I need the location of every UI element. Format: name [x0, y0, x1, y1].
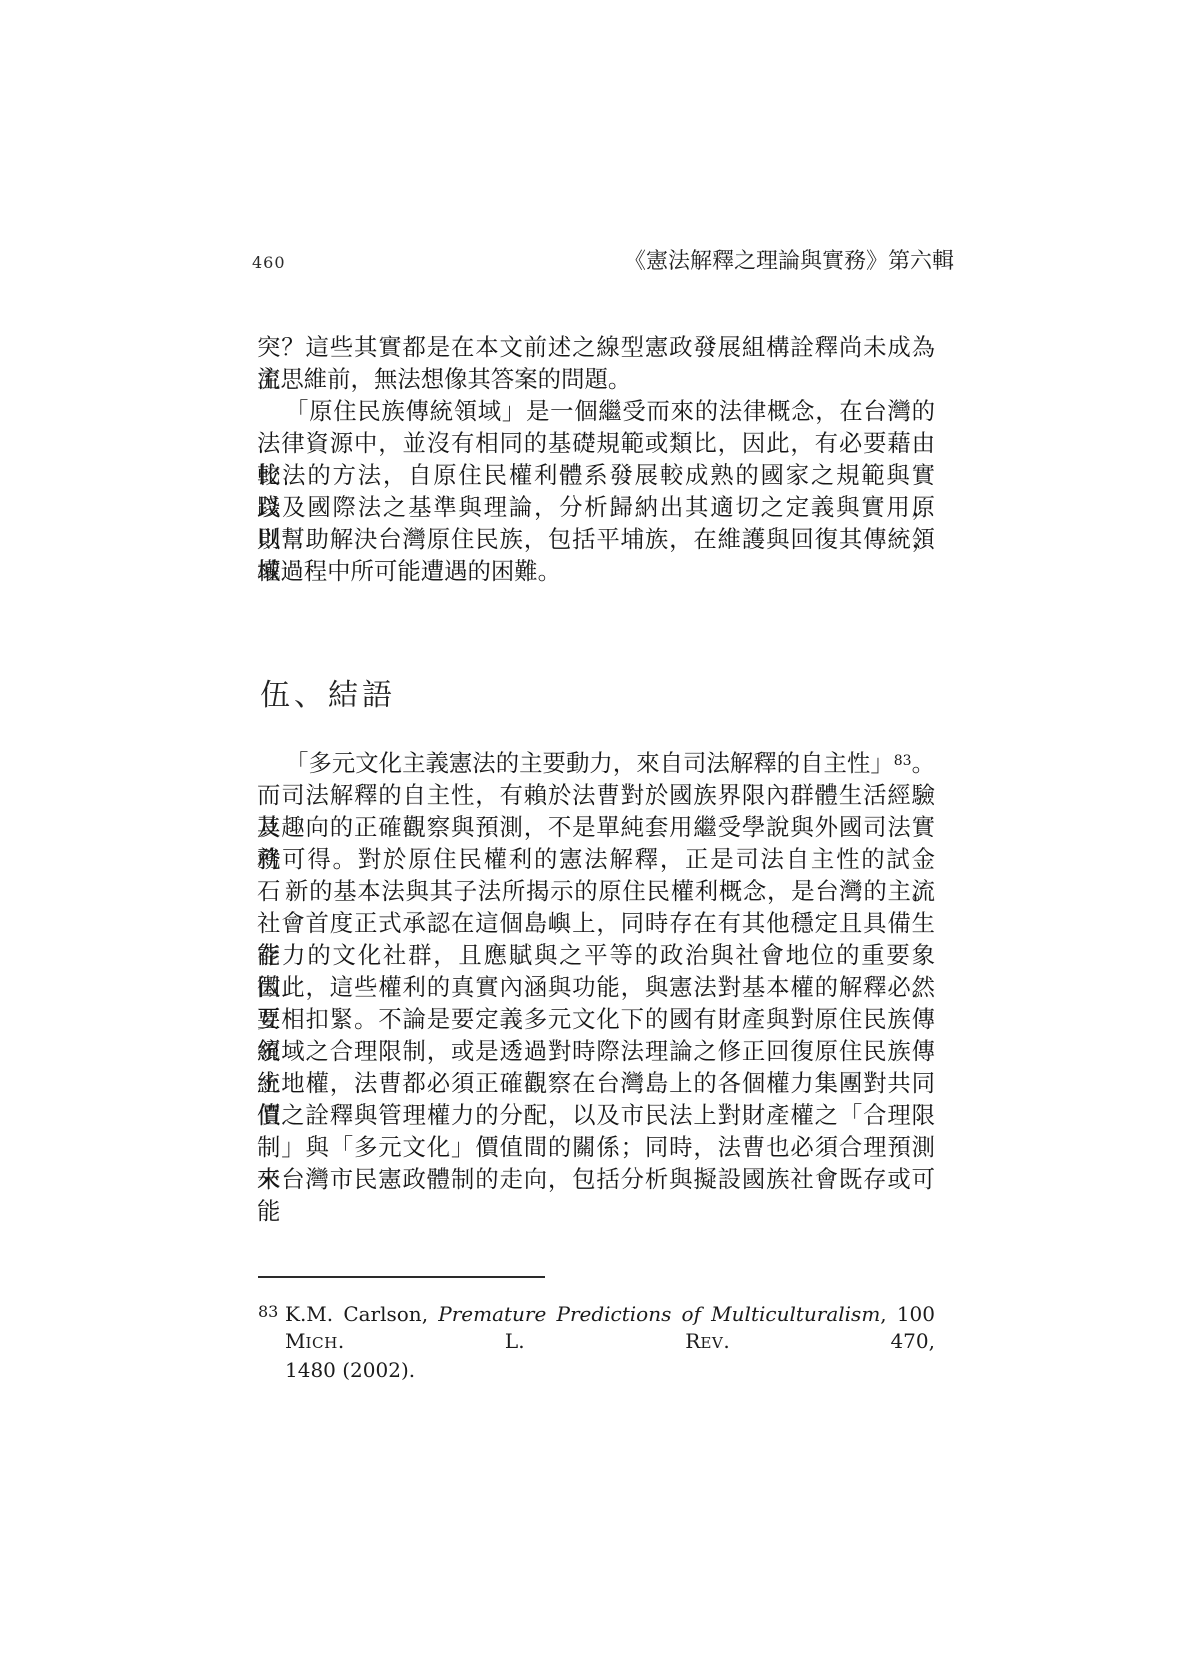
citation-text: , 100 — [880, 1302, 935, 1326]
text-line: 流思維前，無法想像其答案的問題。 — [257, 363, 935, 395]
text-line: 制」與「多元文化」價值間的關係；同時，法曹也必須合理預測未 — [257, 1131, 935, 1163]
text-line: 能力的文化社群，且應賦與之平等的政治與社會地位的重要象徵。 — [257, 939, 935, 971]
text-line: 突？這些其實都是在本文前述之線型憲政發展組構詮釋尚未成為主 — [257, 331, 935, 363]
text-line: 法律資源中，並沒有相同的基礎規範或類比，因此，有必要藉由比 — [257, 427, 935, 459]
text-line: 值之詮釋與管理權力的分配，以及市民法上對財產權之「合理限 — [257, 1099, 935, 1131]
paragraph: 突？這些其實都是在本文前述之線型憲政發展組構詮釋尚未成為主流思維前，無法想像其答… — [257, 331, 935, 395]
footnote-number: 83 — [258, 1298, 278, 1325]
citation-text: ICH — [305, 1334, 337, 1352]
text-line: 土地權，法曹都必須正確觀察在台灣島上的各個權力集團對共同價 — [257, 1067, 935, 1099]
text-line: 就可得。對於原住民權利的憲法解釋，正是司法自主性的試金石。 — [257, 843, 935, 875]
paragraph: 「多元文化主義憲法的主要動力，來自司法解釋的自主性」83。而司法解釋的自主性，有… — [257, 747, 935, 875]
body-text-block-1: 突？這些其實都是在本文前述之線型憲政發展組構詮釋尚未成為主流思維前，無法想像其答… — [257, 331, 935, 587]
text-line: 其趣向的正確觀察與預測，不是單純套用繼受學說與外國司法實務 — [257, 811, 935, 843]
text-line: 以幫助解決台灣原住民族，包括平埔族，在維護與回復其傳統領域 — [257, 523, 935, 555]
text-line: 以及國際法之基準與理論，分析歸納出其適切之定義與實用原則， — [257, 491, 935, 523]
text-line: 領域之合理限制，或是透過對時際法理論之修正回復原住民族傳統 — [257, 1035, 935, 1067]
page-header: 460 《憲法解釋之理論與實務》第六輯 — [252, 244, 954, 275]
text-line: 較法的方法，自原住民權利體系發展較成熟的國家之規範與實踐， — [257, 459, 935, 491]
footnote-citation-line: 1480 (2002). — [285, 1357, 935, 1384]
paragraph: 「原住民族傳統領域」是一個繼受而來的法律概念，在台灣的法律資源中，並沒有相同的基… — [257, 395, 935, 587]
document-page: 460 《憲法解釋之理論與實務》第六輯 突？這些其實都是在本文前述之線型憲政發展… — [0, 0, 1177, 1664]
footnote-separator-rule — [258, 1276, 545, 1278]
book-title: 《憲法解釋之理論與實務》第六輯 — [624, 244, 954, 275]
text-line: 權過程中所可能遭遇的困難。 — [257, 555, 935, 587]
text-line: 來台灣市民憲政體制的走向，包括分析與擬設國族社會既存或可能 — [257, 1163, 935, 1195]
citation-text: EV — [700, 1334, 723, 1352]
citation-text: . L. R — [338, 1329, 700, 1353]
text-line: 社會首度正式承認在這個島嶼上，同時存在有其他穩定且具備生存 — [257, 907, 935, 939]
footnote-body: K.M. Carlson, Premature Predictions of M… — [258, 1301, 935, 1384]
text-line: 新的基本法與其子法所揭示的原住民權利概念，是台灣的主流 — [257, 875, 935, 907]
text-line: 「原住民族傳統領域」是一個繼受而來的法律概念，在台灣的 — [257, 395, 935, 427]
footnote-reference: 83 — [894, 753, 912, 769]
citation-text: M — [285, 1329, 305, 1353]
citation-text: . 470, — [723, 1329, 935, 1353]
footnote-citation-line: K.M. Carlson, Premature Predictions of M… — [285, 1301, 935, 1357]
section-heading: 伍、結語 — [260, 676, 396, 716]
body-text-block-2: 「多元文化主義憲法的主要動力，來自司法解釋的自主性」83。而司法解釋的自主性，有… — [257, 747, 935, 1195]
text-line: 而司法解釋的自主性，有賴於法曹對於國族界限內群體生活經驗及 — [257, 779, 935, 811]
page-number: 460 — [252, 253, 286, 272]
footnote: 83 K.M. Carlson, Premature Predictions o… — [258, 1301, 935, 1384]
citation-title: Premature Predictions of Multiculturalis… — [438, 1302, 880, 1326]
paragraph: 新的基本法與其子法所揭示的原住民權利概念，是台灣的主流社會首度正式承認在這個島嶼… — [257, 875, 935, 1195]
text-line: 因此，這些權利的真實內涵與功能，與憲法對基本權的解釋必然要 — [257, 971, 935, 1003]
citation-text: K.M. Carlson, — [285, 1302, 438, 1326]
text-line: 「多元文化主義憲法的主要動力，來自司法解釋的自主性」83。 — [257, 747, 935, 779]
text-line: 互相扣緊。不論是要定義多元文化下的國有財產與對原住民族傳統 — [257, 1003, 935, 1035]
